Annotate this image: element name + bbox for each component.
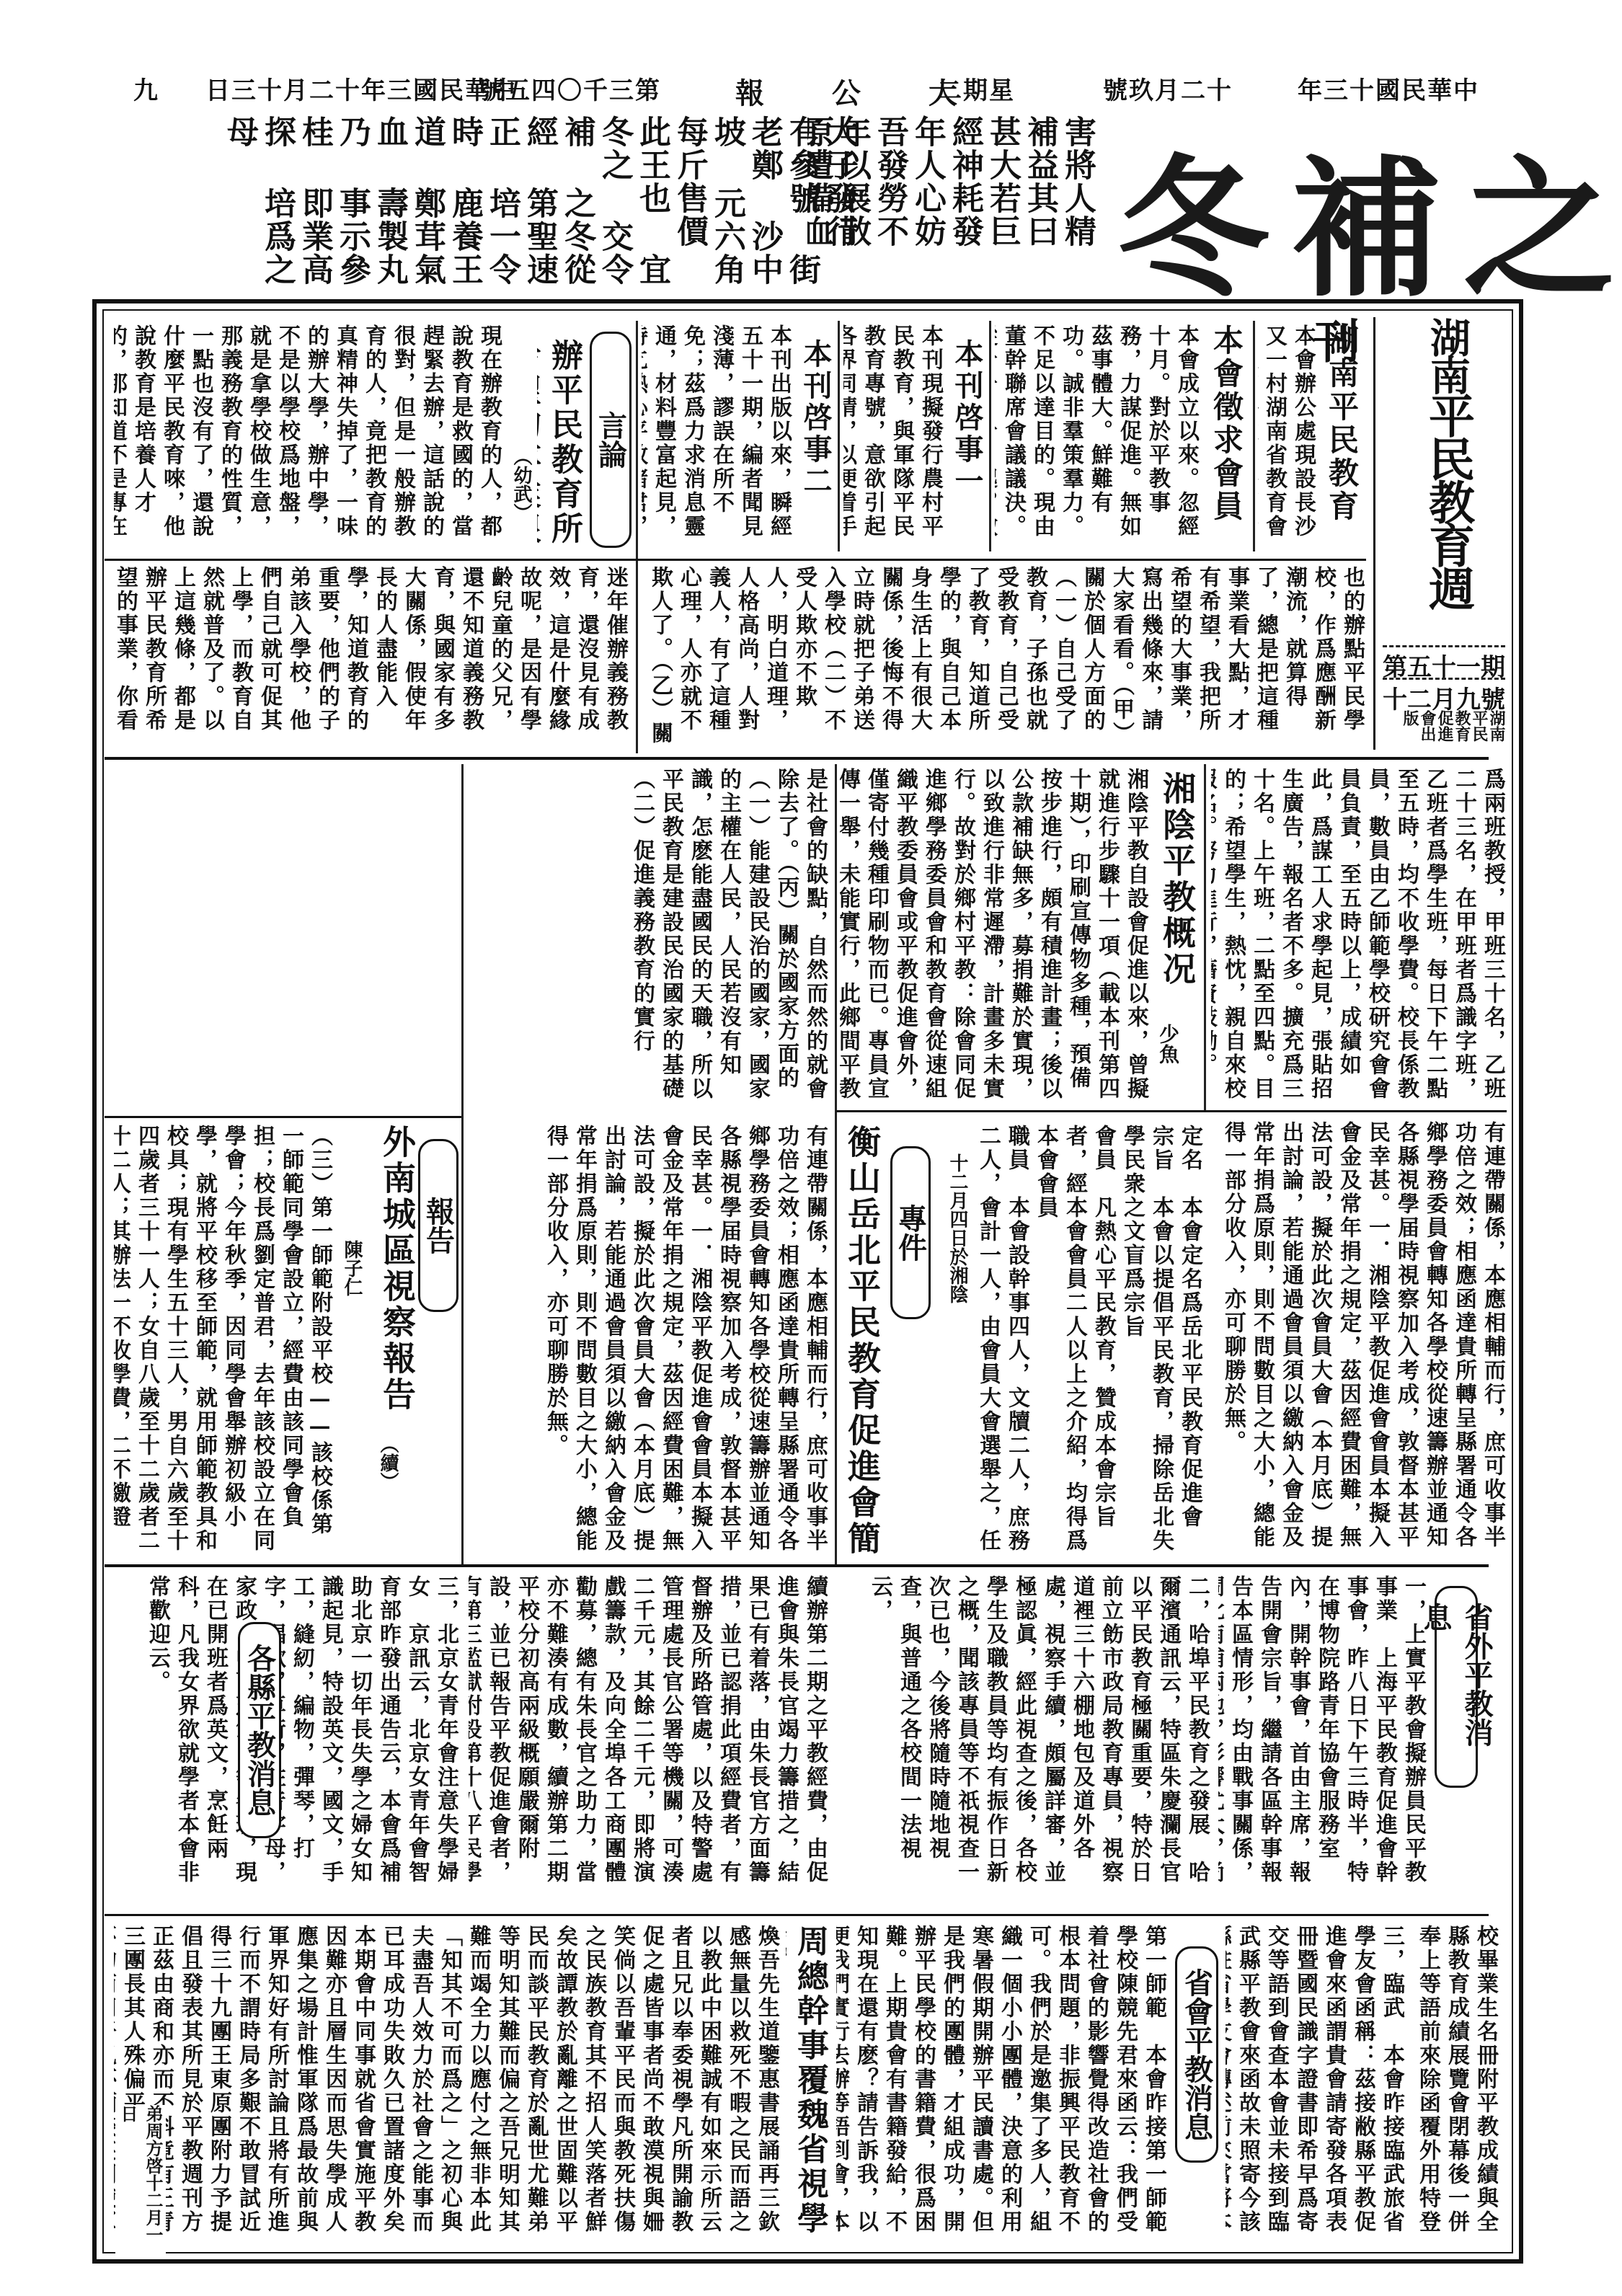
article-label: 宗旨 (1148, 1125, 1174, 1172)
report-left-continued: 有連帶關係，本應相輔而行，庶可收事半功倍之效；相應函達貴所轉呈縣署通令各鄉學務委… (469, 1125, 829, 1557)
ad-body-left: 大子發行 有參號 街老鄭 沙中坡 元六角 每斤售價 此王也 宜冬之 交令補 之冬… (137, 115, 858, 288)
outside-news-label: 省外平教消息 (1435, 1586, 1478, 1788)
article-label: 會員 (1091, 1125, 1116, 1172)
provincial-item-linwu: 三，臨武 本會昨接臨武旅省學友會函稱：茲接敝縣平教促進會來函謂貴會請寄發各項表冊… (1226, 1925, 1406, 2256)
row2-inner-divider-left (105, 1116, 461, 1118)
report-author: 陳子仁 (339, 1240, 365, 1326)
row-divider-1 (105, 757, 1489, 760)
notice-two-body: 本刊出版以來，瞬經五十一期，編者聞見淺薄，謬誤在所不免；茲爲力求消息靈通，材料豐… (642, 324, 793, 555)
editorial-continuation: 迷年催辦義務教育，還沒見有成效，這是什麼緣故呢，是因有學齡兒童的父兄，還不知道義… (114, 566, 629, 753)
main-article-body: 也的辦點平民學校，作爲應酬新潮流，就算得了，總是把這種事業看大點，才有希望，我把… (649, 566, 1366, 753)
hengshan-articles: 定名 本會定名爲岳北平民教育促進會 宗旨 本會以提倡平民教育，掃除岳北失學民衆之… (980, 1125, 1204, 1557)
row-divider-2 (105, 1564, 1489, 1567)
editorial-title: 辦平民教育所希望的事業很大 (537, 339, 585, 555)
report-body: （三）第一師範附設平校——該校係第一師範同學會設立，經費由該同學會負担；校長爲劉… (114, 1125, 334, 1557)
xiangyin-continued: 有連帶關係，本應相輔而行，庶可收事半功倍之效；相應函達貴所轉呈縣署通令各鄉學務委… (1211, 1121, 1507, 1553)
report-note: （續） (375, 1435, 402, 1492)
notice-two-title: 本刊啓事二 (797, 339, 836, 555)
masthead-issue: 第五十一期 (1383, 645, 1505, 676)
notice-members-title: 本會徵求會員啓事 (1204, 324, 1247, 555)
xiangyin-body: 湘陰平教自設會促進以來，曾擬就進行步驟十一項（載本刊第四十期），印刷宣傳物多種，… (840, 768, 1150, 1107)
column-notes: 爲兩班教授，甲班三十名，乙班二十三名，在甲班者爲識字班，乙班者爲學生班，每日下午… (1211, 768, 1507, 1107)
correspondence-body: 煥吾先生道鑒惠書展誦再三欽感無量以救死不暇之民而語之以教此中困難誠有如來示所云者… (114, 1925, 781, 2256)
header-era: 年三十國民華中 (1298, 71, 1479, 105)
divider (636, 321, 638, 753)
correspondence-signature: 弟周方啓十二月一日 (115, 2105, 166, 2256)
notice-members-body: 本會成立以來。忽經十月。對於平教事務，力謀促進。無如茲事體大。鮮難有功。誠非羣策… (995, 324, 1200, 555)
notice-hunan-title: 湖南平民教育促進會啟事 (1319, 324, 1362, 555)
masthead-title-small: 湖南 (1424, 317, 1471, 392)
outside-news-item-3: 續辦第二期之平教經費，由促進會與朱長官竭力籌措之，結果已有着落，由朱長官方面籌措… (469, 1575, 829, 1907)
xiangyin-title: 湘陰平教概况 (1153, 771, 1198, 1009)
masthead: 湖南平民教育週刊 第五十一期 十二月九號 湖南平民教育促進會出版 (1373, 317, 1512, 750)
provincial-item-normal: 第一師範 本會昨接第一師範學校陳競先君來函云：我們受着社會的影響覺得改造社會的根… (836, 1925, 1168, 2256)
header-page-number: 九 (133, 71, 159, 105)
row1-inner-divider (105, 559, 1366, 561)
divider (838, 321, 840, 551)
divider (461, 764, 464, 1564)
correspondence-title: 周總幹事覆魏省視學緘 (786, 1925, 830, 2256)
masthead-publisher: 湖南平民教育促進會出版 (1397, 710, 1505, 753)
divider (989, 321, 991, 551)
notice-one-title: 本刊啓事一 (948, 339, 988, 555)
header-weekday: 二期星 (937, 71, 1015, 105)
provincial-news-label: 省會平教消息 (1175, 1946, 1218, 2163)
header-issue-number: 號五四〇千三第 (479, 71, 661, 105)
editorial-body: 現在辦教育的人，都說教育是救國的，當趕緊去辦，這話說的很對，但是一般辦教育的人，… (114, 324, 503, 555)
ad-body-right: 害將人精 補益其曰 甚大若巨 經神耗發 年人心妨 吾發勞不 年以展散 原遭備血 … (807, 115, 1096, 288)
editorial-label: 言論 (590, 332, 631, 548)
ad-title: 冬補之王 (1117, 108, 1622, 326)
advertisement: 大子發行 有參號 街老鄭 沙中坡 元六角 每斤售價 此王也 宜冬之 交令補 之冬… (137, 115, 1507, 292)
provincial-item-pingjiang: 校畢業生名冊附平教成績與全縣教育成績展覽會閉幕後一併奉上等語前來除函覆外用特登載… (1413, 1925, 1499, 2256)
notice-hunan-body: 本會辦公處現設長沙又一村湖南省教育會內凡有各處函件即希直寄本會辦公處爲荷此啓 (1258, 324, 1317, 555)
xiangyin-author: 少魚 (1153, 1024, 1182, 1096)
report-title: 外南城區視察報告 (375, 1125, 418, 1427)
divider (835, 764, 837, 1564)
hengshan-date-note: 十二月四日於湘陰 (944, 1153, 971, 1341)
notice-one-body: 本刊現擬發行農村平民教育，與軍隊平民教育專號，意欲引起各界同情，以便着手實施，尚… (843, 324, 944, 555)
report-label: 報告 (418, 1139, 458, 1312)
masthead-title: 湖南平民教育週刊 (1383, 317, 1505, 634)
hengshan-label: 專件 (890, 1146, 931, 1319)
row3-inner-divider (105, 1914, 1489, 1916)
divider (1253, 321, 1255, 551)
divider (1204, 764, 1206, 1110)
article-label: 定名 (1177, 1125, 1202, 1172)
outside-news-item-1: 一，上實平教會擬辦員民平教事業 上海平民教育促進會幹事會，昨八日下午三時半，特在… (1218, 1575, 1427, 1907)
header-date: 日三十月二十年三國民華中 (205, 71, 517, 105)
row2-inner-divider-right (836, 1110, 1507, 1112)
counties-news-label: 各縣平教消息 (238, 1622, 281, 1838)
outside-news-item-4: 三，北京女青年會注意失學婦女 京訊云，北京女青年會智育部昨發出通告云，本會爲補助… (114, 1575, 460, 1907)
masthead-date: 十二月九號 (1383, 678, 1505, 709)
article-continuation: 是社會的缺點，自然而然的就會除去了。（丙）關於國家方面的（一）能建設民治的國家，… (469, 768, 829, 1114)
header-lunar-date: 號玖月二十 (1103, 71, 1233, 105)
editorial-author: （幼武） (508, 447, 535, 533)
hengshan-title: 衡山岳北平民教育促進會簡章 (840, 1125, 883, 1557)
outside-news-item-2: 二，哈埠平民教育之發展 哈爾濱通訊云，特區朱慶瀾長官以平民教育極關重要，特於日前… (836, 1575, 1211, 1907)
article-label: 職員 (1004, 1125, 1029, 1172)
